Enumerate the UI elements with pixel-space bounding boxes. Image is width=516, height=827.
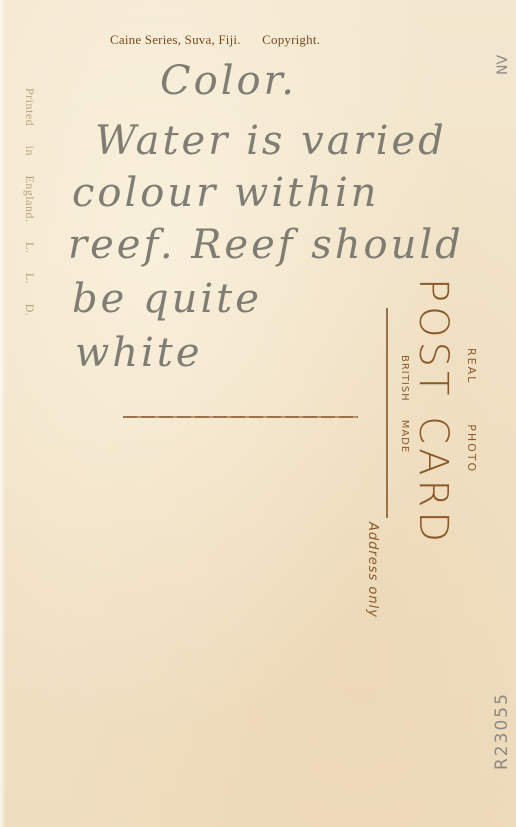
imprint-word: in xyxy=(23,146,37,156)
label-word: MADE xyxy=(399,420,410,454)
british-made-label: BRITISHMADE xyxy=(399,355,410,453)
imprint-word: Printed xyxy=(23,88,37,126)
vertical-divider xyxy=(386,308,388,518)
copyright-text: Copyright. xyxy=(262,32,320,47)
publisher-header: Caine Series, Suva, Fiji. Copyright. xyxy=(110,32,320,48)
handwritten-line: white xyxy=(75,330,203,376)
label-word: REAL xyxy=(465,348,478,384)
catalog-number: R23055 xyxy=(492,692,512,770)
publisher-text: Caine Series, Suva, Fiji. xyxy=(110,32,241,47)
imprint-word: England. xyxy=(23,176,37,223)
pencil-corner-mark: NV xyxy=(495,55,511,75)
imprint-word: L. xyxy=(23,273,37,284)
real-photo-label: REALPHOTO xyxy=(465,348,478,473)
handwritten-line: colour within xyxy=(72,170,379,216)
handwritten-line: be quite xyxy=(72,276,262,322)
imprint-word: L. xyxy=(23,242,37,253)
address-only-note: Address only xyxy=(365,522,380,618)
horizontal-divider xyxy=(123,416,358,418)
handwritten-line: Color. xyxy=(160,58,297,104)
post-card-title: POST CARD xyxy=(410,278,456,546)
handwritten-line: Water is varied xyxy=(95,118,447,164)
postcard-back: Caine Series, Suva, Fiji. Copyright. Pri… xyxy=(0,0,516,827)
imprint-word: D. xyxy=(23,304,37,317)
label-word: PHOTO xyxy=(465,424,478,473)
printed-in-england-imprint: Printed in England. L. L. D. xyxy=(22,88,37,332)
handwritten-line: reef. Reef should xyxy=(68,222,464,268)
label-word: BRITISH xyxy=(399,355,410,402)
